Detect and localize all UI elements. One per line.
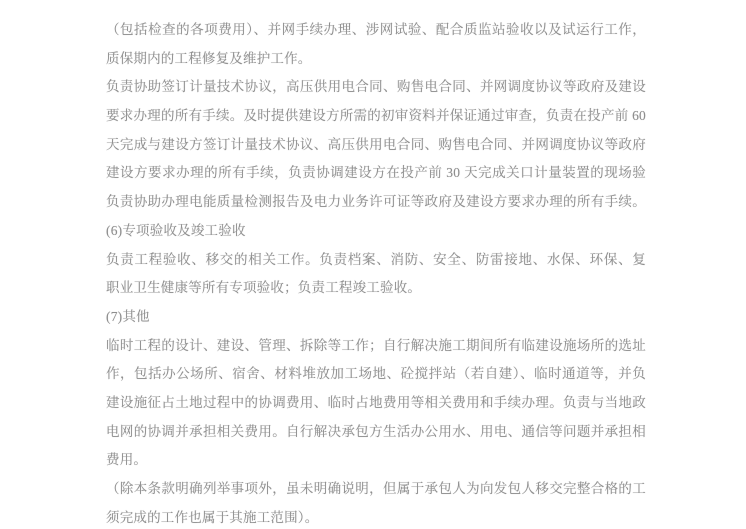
text-line: 要求办理的所有手续。及时提供建设方所需的初审资料并保证通过审查，负责在投产前 6…: [106, 102, 646, 131]
text-line: 负责工程验收、移交的相关工作。负责档案、消防、安全、防雷接地、水保、环保、复垦、: [106, 246, 646, 275]
text-line: 须完成的工作也属于其施工范围）。: [106, 504, 646, 529]
text-line: 建设施征占土地过程中的协调费用、临时占地费用等相关费用和手续办理。负责与当地政府…: [106, 389, 646, 418]
text-line: 建设方要求办理的所有手续，负责协调建设方在投产前 30 天完成关口计量装置的现场…: [106, 159, 646, 188]
text-line: 费用。: [106, 446, 646, 475]
text-line: （包括检查的各项费用）、并网手续办理、涉网试验、配合质监站验收以及试运行工作，负…: [106, 16, 646, 45]
section-heading: (7)其他: [106, 303, 646, 332]
text-line: 电网的协调并承担相关费用。自行解决承包方生活办公用水、用电、通信等问题并承担相关: [106, 418, 646, 447]
text-line: 职业卫生健康等所有专项验收；负责工程竣工验收。: [106, 274, 646, 303]
text-line: （除本条款明确列举事项外，虽未明确说明，但属于承包人为向发包人移交完整合格的工程: [106, 475, 646, 504]
text-line: 天完成与建设方签订计量技术协议、高压供用电合同、购售电合同、并网调度协议等政府及: [106, 131, 646, 160]
text-line: 临时工程的设计、建设、管理、拆除等工作；自行解决施工期间所有临建设施场所的选址工: [106, 332, 646, 361]
section-heading: (6)专项验收及竣工验收: [106, 217, 646, 246]
text-line: 质保期内的工程修复及维护工作。: [106, 45, 646, 74]
text-line: 作，包括办公场所、宿舍、材料堆放加工场地、砼搅拌站（若自建）、临时通道等，并负责…: [106, 360, 646, 389]
contract-text-block: （包括检查的各项费用）、并网手续办理、涉网试验、配合质监站验收以及试运行工作，负…: [106, 16, 646, 529]
text-line: 负责协助签订计量技术协议，高压供用电合同、购售电合同、并网调度协议等政府及建设方: [106, 73, 646, 102]
document-page: （包括检查的各项费用）、并网手续办理、涉网试验、配合质监站验收以及试运行工作，负…: [0, 0, 746, 529]
text-line: 负责协助办理电能质量检测报告及电力业务许可证等政府及建设方要求办理的所有手续。: [106, 188, 646, 217]
